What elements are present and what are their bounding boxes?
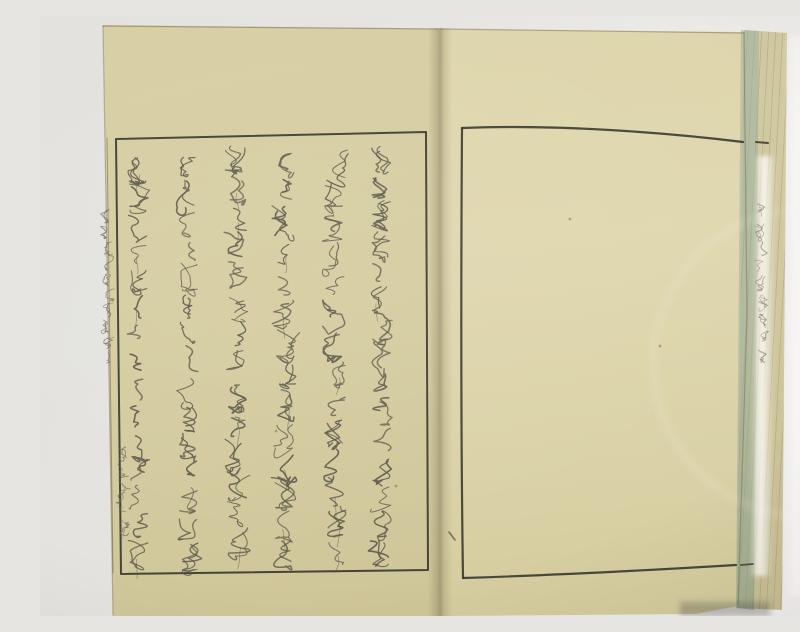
photo-open-book: Photograph of an open antique Japanese b… [40, 16, 800, 616]
page-artwork [40, 16, 800, 616]
